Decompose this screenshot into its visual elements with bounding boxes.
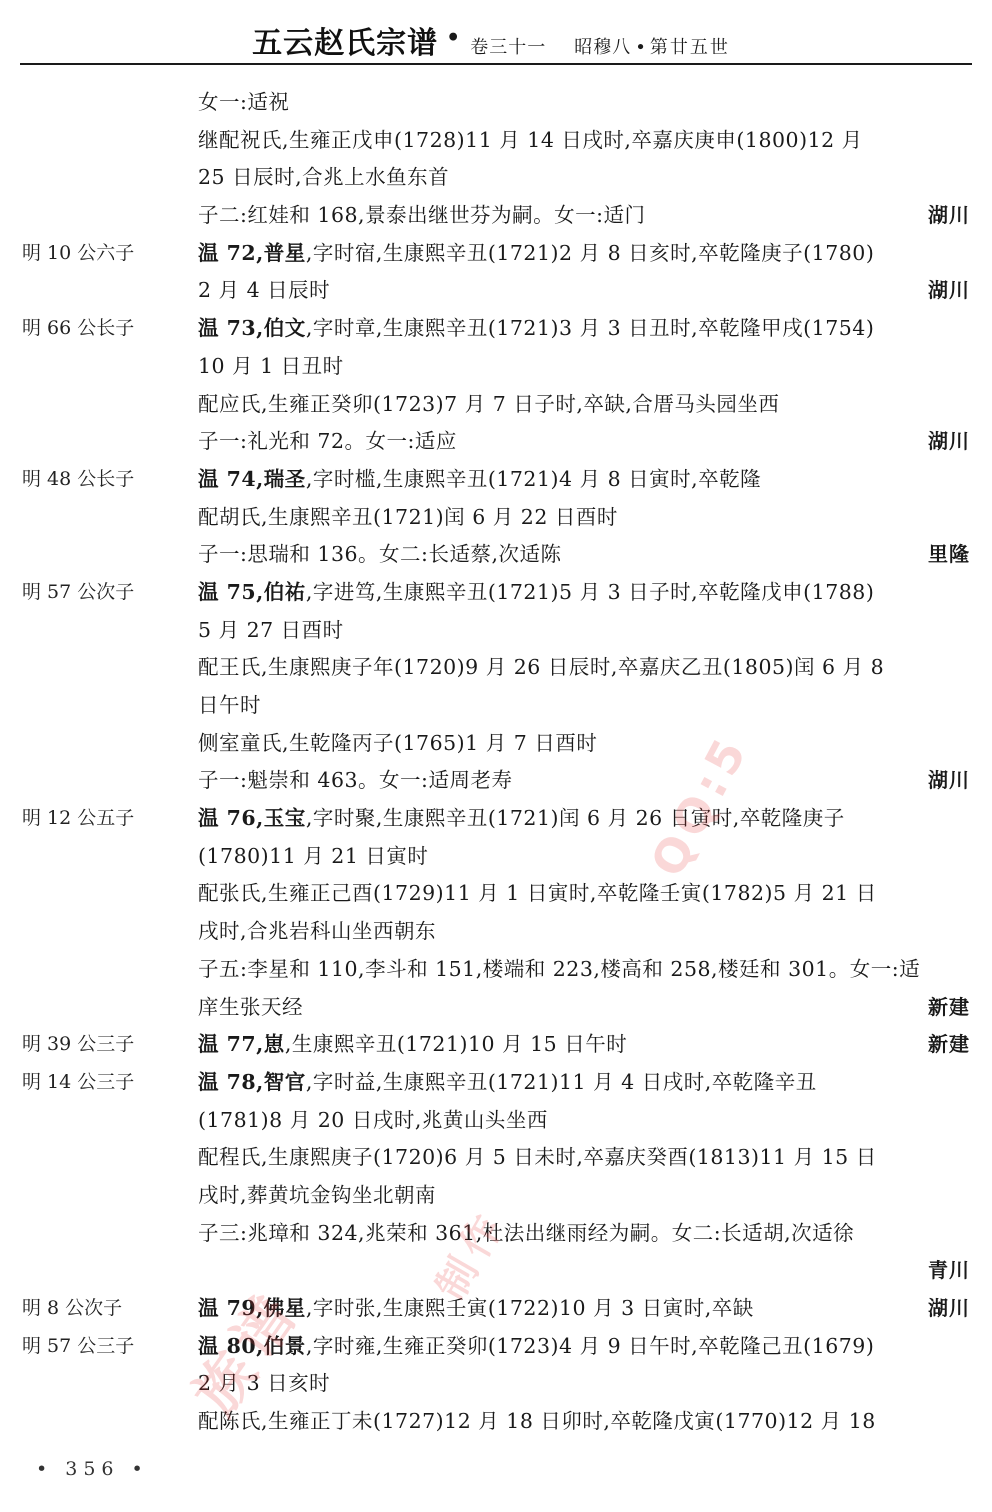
person-name: 温 73,伯文	[198, 316, 306, 340]
entry-body: ,字时槛,生康熙辛丑(1721)4 月 8 日寅时,卒乾隆	[306, 467, 761, 491]
entry-body: ,字时宿,生康熙辛丑(1721)2 月 8 日亥时,卒乾隆庚子(1780)	[306, 241, 875, 265]
residence-place: 新建	[928, 1026, 970, 1064]
lineage-note: 明 8 公次子	[22, 1290, 122, 1328]
entry-text: 温 80,伯景,字时雍,生雍正癸卯(1723)4 月 9 日午时,卒乾隆己丑(1…	[198, 1328, 874, 1366]
entry-body: 戌时,葬黄坑金钩坐北朝南	[198, 1183, 436, 1207]
entry-body: 配应氏,生雍正癸卯(1723)7 月 7 日子时,卒缺,合厝马头园坐西	[198, 392, 779, 416]
entry-body: ,字时聚,生康熙辛丑(1721)闰 6 月 26 日寅时,卒乾隆庚子	[306, 806, 845, 830]
residence-place: 湖川	[928, 762, 970, 800]
lineage-note: 明 48 公长子	[22, 461, 134, 499]
person-name: 温 77,崽	[198, 1032, 285, 1056]
entry-line: 子五:李星和 110,李斗和 151,楼端和 223,楼高和 258,楼廷和 3…	[0, 951, 992, 989]
entry-body: 2 月 4 日辰时	[198, 278, 330, 302]
person-name: 温 74,瑞圣	[198, 467, 306, 491]
entry-text: 子三:兆璋和 324,兆荣和 361,杜法出继雨经为嗣。女二:长适胡,次适徐	[198, 1215, 854, 1253]
entry-body: 配陈氏,生雍正丁未(1727)12 月 18 日卯时,卒乾隆戊寅(1770)12…	[198, 1409, 876, 1433]
entry-text: (1781)8 月 20 日戌时,兆黄山头坐西	[198, 1102, 548, 1140]
book-title: 五云赵氏宗谱	[252, 18, 438, 62]
person-name: 温 72,普星	[198, 241, 306, 265]
entry-body: 配程氏,生康熙庚子(1720)6 月 5 日未时,卒嘉庆癸酉(1813)11 月…	[198, 1145, 877, 1169]
entry-line: 庠生张天经新建	[0, 989, 992, 1027]
entry-text: 子一:礼光和 72。女一:适应	[198, 423, 457, 461]
entry-text: 配程氏,生康熙庚子(1720)6 月 5 日未时,卒嘉庆癸酉(1813)11 月…	[198, 1139, 877, 1177]
entry-body: 2 月 3 日亥时	[198, 1371, 330, 1395]
entry-text: 10 月 1 日丑时	[198, 348, 344, 386]
entry-text: 25 日辰时,合兆上水鱼东首	[198, 159, 449, 197]
entry-text: 侧室童氏,生乾隆丙子(1765)1 月 7 日酉时	[198, 725, 597, 763]
person-entry-line: 明 57 公次子温 75,伯祐,字进笃,生康熙辛丑(1721)5 月 3 日子时…	[0, 574, 992, 612]
residence-place: 湖川	[928, 1290, 970, 1328]
entry-line: 子三:兆璋和 324,兆荣和 361,杜法出继雨经为嗣。女二:长适胡,次适徐	[0, 1215, 992, 1253]
person-name: 温 75,伯祐	[198, 580, 306, 604]
section-label: 昭穆八	[574, 33, 631, 59]
entry-line: 戌时,合兆岩科山坐西朝东	[0, 913, 992, 951]
person-name: 温 80,伯景	[198, 1334, 306, 1358]
entry-text: 温 75,伯祐,字进笃,生康熙辛丑(1721)5 月 3 日子时,卒乾隆戊申(1…	[198, 574, 874, 612]
entry-body: 子一:思瑞和 136。女二:长适蔡,次适陈	[198, 542, 561, 566]
entry-line: 配应氏,生雍正癸卯(1723)7 月 7 日子时,卒缺,合厝马头园坐西	[0, 386, 992, 424]
person-entry-line: 明 66 公长子温 73,伯文,字时章,生康熙辛丑(1721)3 月 3 日丑时…	[0, 310, 992, 348]
entry-line: 继配祝氏,生雍正戊申(1728)11 月 14 日戌时,卒嘉庆庚申(1800)1…	[0, 122, 992, 160]
lineage-note: 明 14 公三子	[22, 1064, 134, 1102]
genealogy-entries: 女一:适祝继配祝氏,生雍正戊申(1728)11 月 14 日戌时,卒嘉庆庚申(1…	[0, 84, 992, 1441]
entry-body: 子一:礼光和 72。女一:适应	[198, 429, 457, 453]
entry-text: 配王氏,生康熙庚子年(1720)9 月 26 日辰时,卒嘉庆乙丑(1805)闰 …	[198, 649, 884, 687]
lineage-note: 明 10 公六子	[22, 235, 134, 273]
entry-text: 温 74,瑞圣,字时槛,生康熙辛丑(1721)4 月 8 日寅时,卒乾隆	[198, 461, 761, 499]
entry-body: 日午时	[198, 693, 261, 717]
entry-body: 侧室童氏,生乾隆丙子(1765)1 月 7 日酉时	[198, 731, 597, 755]
entry-body: 配张氏,生雍正己酉(1729)11 月 1 日寅时,卒乾隆壬寅(1782)5 月…	[198, 881, 877, 905]
entry-line: 2 月 4 日辰时湖川	[0, 272, 992, 310]
entry-body: 子二:红娃和 168,景泰出继世芬为嗣。女一:适门	[198, 203, 645, 227]
entry-body: ,字进笃,生康熙辛丑(1721)5 月 3 日子时,卒乾隆戊申(1788)	[306, 580, 875, 604]
entry-body: 配王氏,生康熙庚子年(1720)9 月 26 日辰时,卒嘉庆乙丑(1805)闰 …	[198, 655, 884, 679]
entry-text: 温 79,佛星,字时张,生康熙壬寅(1722)10 月 3 日寅时,卒缺	[198, 1290, 754, 1328]
person-entry-line: 明 48 公长子温 74,瑞圣,字时槛,生康熙辛丑(1721)4 月 8 日寅时…	[0, 461, 992, 499]
entry-text: 庠生张天经	[198, 989, 303, 1027]
header-rule	[20, 63, 972, 65]
person-name: 温 78,智官	[198, 1070, 306, 1094]
entry-text: 2 月 4 日辰时	[198, 272, 330, 310]
entry-text: 配张氏,生雍正己酉(1729)11 月 1 日寅时,卒乾隆壬寅(1782)5 月…	[198, 875, 877, 913]
entry-text: 温 78,智官,字时益,生康熙辛丑(1721)11 月 4 日戌时,卒乾隆辛丑	[198, 1064, 817, 1102]
entry-line: 10 月 1 日丑时	[0, 348, 992, 386]
entry-text: 配胡氏,生康熙辛丑(1721)闰 6 月 22 日酉时	[198, 499, 618, 537]
entry-text: 日午时	[198, 687, 261, 725]
entry-line: 配胡氏,生康熙辛丑(1721)闰 6 月 22 日酉时	[0, 499, 992, 537]
entry-line: 配陈氏,生雍正丁未(1727)12 月 18 日卯时,卒乾隆戊寅(1770)12…	[0, 1403, 992, 1441]
entry-body: 25 日辰时,合兆上水鱼东首	[198, 165, 449, 189]
entry-body: 庠生张天经	[198, 995, 303, 1019]
entry-text: 子二:红娃和 168,景泰出继世芬为嗣。女一:适门	[198, 197, 645, 235]
entry-body: 子三:兆璋和 324,兆荣和 361,杜法出继雨经为嗣。女二:长适胡,次适徐	[198, 1221, 854, 1245]
entry-line: 25 日辰时,合兆上水鱼东首	[0, 159, 992, 197]
entry-line: 配张氏,生雍正己酉(1729)11 月 1 日寅时,卒乾隆壬寅(1782)5 月…	[0, 875, 992, 913]
entry-text: 温 76,玉宝,字时聚,生康熙辛丑(1721)闰 6 月 26 日寅时,卒乾隆庚…	[198, 800, 845, 838]
entry-body: 继配祝氏,生雍正戊申(1728)11 月 14 日戌时,卒嘉庆庚申(1800)1…	[198, 128, 863, 152]
entry-text: 5 月 27 日酉时	[198, 612, 344, 650]
entry-line: 2 月 3 日亥时	[0, 1365, 992, 1403]
entry-text: (1780)11 月 21 日寅时	[198, 838, 428, 876]
entry-line: 子二:红娃和 168,景泰出继世芬为嗣。女一:适门湖川	[0, 197, 992, 235]
person-entry-line: 明 12 公五子温 76,玉宝,字时聚,生康熙辛丑(1721)闰 6 月 26 …	[0, 800, 992, 838]
entry-text: 2 月 3 日亥时	[198, 1365, 330, 1403]
entry-text: 子五:李星和 110,李斗和 151,楼端和 223,楼高和 258,楼廷和 3…	[198, 951, 920, 989]
residence-place: 青川	[928, 1252, 970, 1290]
entry-body: ,字时雍,生雍正癸卯(1723)4 月 9 日午时,卒乾隆己丑(1679)	[306, 1334, 875, 1358]
entry-text: 戌时,合兆岩科山坐西朝东	[198, 913, 436, 951]
page-number: • 356 •	[36, 1458, 149, 1480]
entry-text: 子一:思瑞和 136。女二:长适蔡,次适陈	[198, 536, 561, 574]
entry-body: ,字时章,生康熙辛丑(1721)3 月 3 日丑时,卒乾隆甲戌(1754)	[306, 316, 875, 340]
running-head: 五云赵氏宗谱 • 卷三十一 昭穆八 • 第廿五世	[252, 18, 730, 62]
page-header: 五云赵氏宗谱 • 卷三十一 昭穆八 • 第廿五世	[0, 18, 992, 62]
section-separator: •	[635, 37, 646, 58]
entry-line: 青川	[0, 1252, 992, 1290]
entry-text: 子一:魁崇和 463。女一:适周老寿	[198, 762, 512, 800]
person-entry-line: 明 14 公三子温 78,智官,字时益,生康熙辛丑(1721)11 月 4 日戌…	[0, 1064, 992, 1102]
lineage-note: 明 39 公三子	[22, 1026, 134, 1064]
volume-label: 卷三十一	[470, 33, 546, 59]
entry-line: 日午时	[0, 687, 992, 725]
entry-text: 温 72,普星,字时宿,生康熙辛丑(1721)2 月 8 日亥时,卒乾隆庚子(1…	[198, 235, 874, 273]
person-entry-line: 明 39 公三子温 77,崽,生康熙辛丑(1721)10 月 15 日午时新建	[0, 1026, 992, 1064]
residence-place: 湖川	[928, 197, 970, 235]
residence-place: 湖川	[928, 423, 970, 461]
entry-line: 子一:礼光和 72。女一:适应湖川	[0, 423, 992, 461]
lineage-note: 明 57 公三子	[22, 1328, 134, 1366]
generation-label: 第廿五世	[650, 33, 730, 59]
entry-line: 侧室童氏,生乾隆丙子(1765)1 月 7 日酉时	[0, 725, 992, 763]
entry-line: 女一:适祝	[0, 84, 992, 122]
entry-body: ,生康熙辛丑(1721)10 月 15 日午时	[285, 1032, 627, 1056]
person-entry-line: 明 8 公次子温 79,佛星,字时张,生康熙壬寅(1722)10 月 3 日寅时…	[0, 1290, 992, 1328]
entry-text: 女一:适祝	[198, 84, 289, 122]
entry-body: ,字时益,生康熙辛丑(1721)11 月 4 日戌时,卒乾隆辛丑	[306, 1070, 817, 1094]
header-separator: •	[446, 25, 460, 51]
entry-line: (1781)8 月 20 日戌时,兆黄山头坐西	[0, 1102, 992, 1140]
entry-body: 女一:适祝	[198, 90, 289, 114]
entry-line: 子一:魁崇和 463。女一:适周老寿湖川	[0, 762, 992, 800]
entry-body: 戌时,合兆岩科山坐西朝东	[198, 919, 436, 943]
entry-body: 10 月 1 日丑时	[198, 354, 344, 378]
entry-text: 配应氏,生雍正癸卯(1723)7 月 7 日子时,卒缺,合厝马头园坐西	[198, 386, 779, 424]
entry-body: 子五:李星和 110,李斗和 151,楼端和 223,楼高和 258,楼廷和 3…	[198, 957, 920, 981]
entry-body: (1780)11 月 21 日寅时	[198, 844, 428, 868]
entry-body: 5 月 27 日酉时	[198, 618, 344, 642]
entry-line: (1780)11 月 21 日寅时	[0, 838, 992, 876]
lineage-note: 明 57 公次子	[22, 574, 134, 612]
entry-line: 5 月 27 日酉时	[0, 612, 992, 650]
person-entry-line: 明 10 公六子温 72,普星,字时宿,生康熙辛丑(1721)2 月 8 日亥时…	[0, 235, 992, 273]
residence-place: 新建	[928, 989, 970, 1027]
person-entry-line: 明 57 公三子温 80,伯景,字时雍,生雍正癸卯(1723)4 月 9 日午时…	[0, 1328, 992, 1366]
entry-body: 子一:魁崇和 463。女一:适周老寿	[198, 768, 512, 792]
entry-line: 配王氏,生康熙庚子年(1720)9 月 26 日辰时,卒嘉庆乙丑(1805)闰 …	[0, 649, 992, 687]
entry-line: 配程氏,生康熙庚子(1720)6 月 5 日未时,卒嘉庆癸酉(1813)11 月…	[0, 1139, 992, 1177]
lineage-note: 明 12 公五子	[22, 800, 134, 838]
entry-line: 子一:思瑞和 136。女二:长适蔡,次适陈里隆	[0, 536, 992, 574]
entry-text: 温 77,崽,生康熙辛丑(1721)10 月 15 日午时	[198, 1026, 627, 1064]
entry-text: 温 73,伯文,字时章,生康熙辛丑(1721)3 月 3 日丑时,卒乾隆甲戌(1…	[198, 310, 874, 348]
residence-place: 湖川	[928, 272, 970, 310]
entry-body: 配胡氏,生康熙辛丑(1721)闰 6 月 22 日酉时	[198, 505, 618, 529]
residence-place: 里隆	[928, 536, 970, 574]
entry-body: ,字时张,生康熙壬寅(1722)10 月 3 日寅时,卒缺	[306, 1296, 754, 1320]
lineage-note: 明 66 公长子	[22, 310, 134, 348]
entry-body: (1781)8 月 20 日戌时,兆黄山头坐西	[198, 1108, 548, 1132]
entry-text: 配陈氏,生雍正丁未(1727)12 月 18 日卯时,卒乾隆戊寅(1770)12…	[198, 1403, 876, 1441]
person-name: 温 79,佛星	[198, 1296, 306, 1320]
person-name: 温 76,玉宝	[198, 806, 306, 830]
entry-text: 继配祝氏,生雍正戊申(1728)11 月 14 日戌时,卒嘉庆庚申(1800)1…	[198, 122, 863, 160]
entry-line: 戌时,葬黄坑金钩坐北朝南	[0, 1177, 992, 1215]
entry-text: 戌时,葬黄坑金钩坐北朝南	[198, 1177, 436, 1215]
